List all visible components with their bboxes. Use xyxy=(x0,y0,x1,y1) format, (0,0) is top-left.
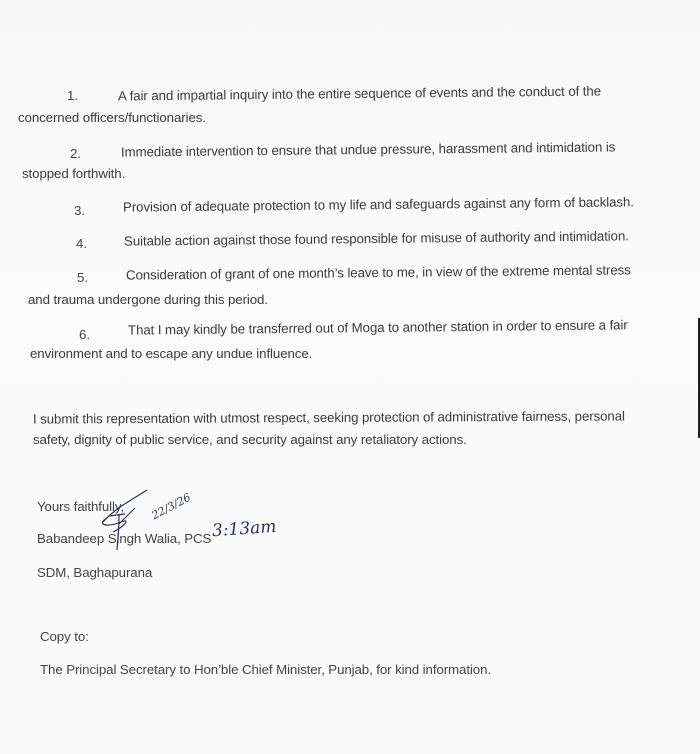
request-2-text: Immediate intervention to ensure that un… xyxy=(121,139,615,159)
handwritten-signature-icon xyxy=(95,488,175,558)
request-4-text: Suitable action against those found resp… xyxy=(124,228,629,248)
closing-paragraph-cont: safety, dignity of public service, and s… xyxy=(33,432,467,447)
request-1-text: A fair and impartial inquiry into the en… xyxy=(118,83,601,103)
request-5-number: 5. xyxy=(77,270,88,285)
request-4-number: 4. xyxy=(76,236,87,251)
signatory-designation: SDM, Baghapurana xyxy=(37,565,152,580)
request-2-number: 2. xyxy=(70,146,81,161)
request-1-text-cont: concerned officers/functionaries. xyxy=(18,110,206,125)
request-6-number: 6. xyxy=(79,327,90,342)
request-5-text-cont: and trauma undergone during this period. xyxy=(28,292,268,307)
request-2-text-cont: stopped forthwith. xyxy=(22,166,125,181)
request-3-number: 3. xyxy=(74,203,85,218)
copy-to-label: Copy to: xyxy=(40,629,89,644)
copy-recipient: The Principal Secretary to Hon’ble Chief… xyxy=(40,662,491,677)
request-3-text: Provision of adequate protection to my l… xyxy=(123,194,634,214)
document-page: 1. A fair and impartial inquiry into the… xyxy=(0,0,700,754)
request-5-text: Consideration of grant of one month’s le… xyxy=(126,262,631,282)
closing-paragraph: I submit this representation with utmost… xyxy=(33,408,625,426)
request-6-text: That I may kindly be transferred out of … xyxy=(128,317,628,337)
request-1-number: 1. xyxy=(67,88,78,103)
handwritten-time: 3:13am xyxy=(211,517,277,541)
request-6-text-cont: environment and to escape any undue infl… xyxy=(30,346,312,361)
